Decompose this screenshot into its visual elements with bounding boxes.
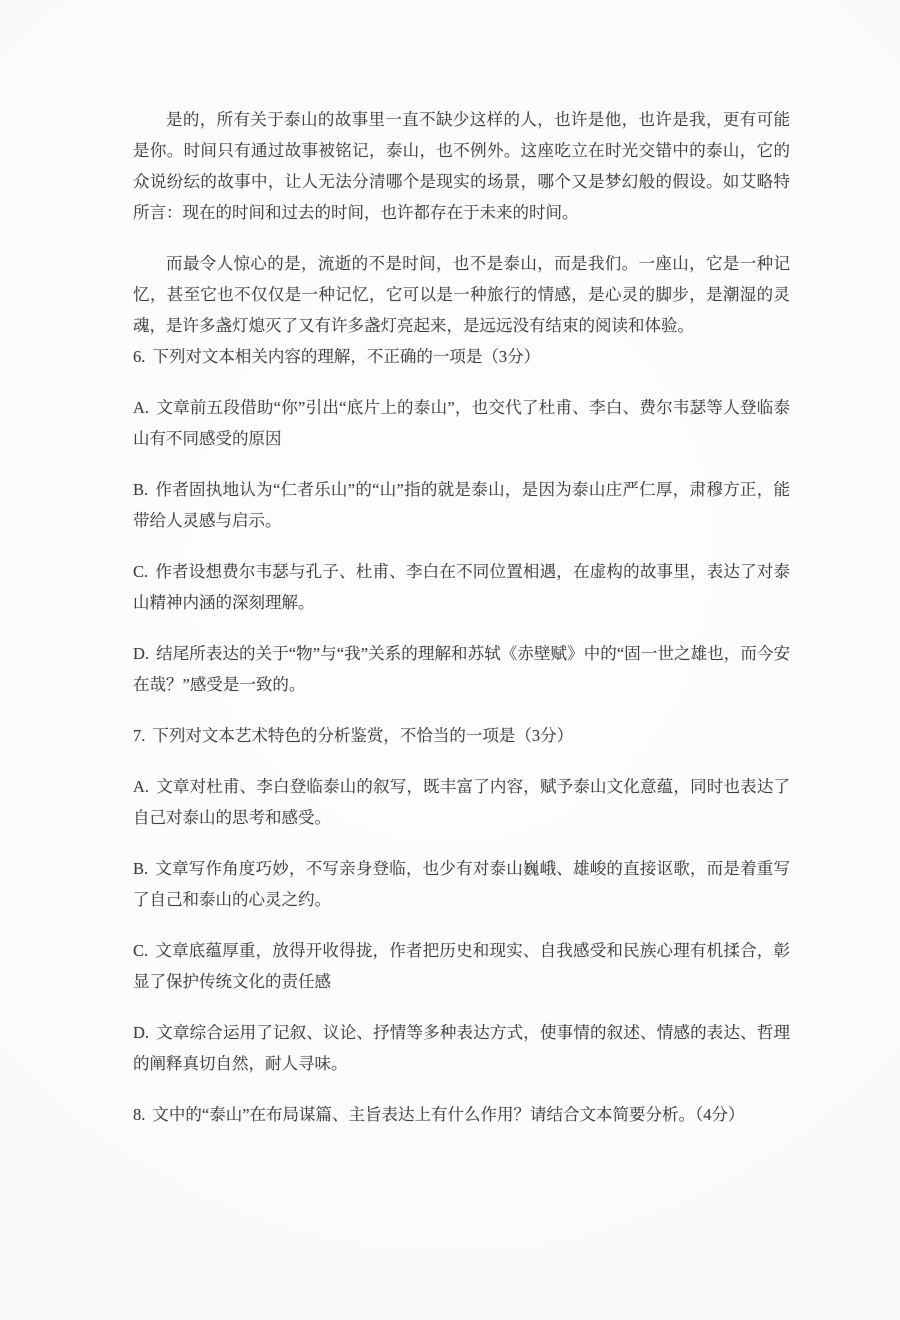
option-label: D.: [133, 1023, 149, 1042]
paragraph: 而最令人惊心的是，流逝的不是时间，也不是泰山，而是我们。一座山，它是一种记忆，甚…: [133, 248, 790, 341]
option-text: 文章写作角度巧妙，不写亲身登临，也少有对泰山巍峨、雄峻的直接讴歌，而是着重写了自…: [133, 859, 790, 909]
option-label: D.: [133, 644, 149, 663]
paragraph: 是的，所有关于泰山的故事里一直不缺少这样的人，也许是他，也许是我，更有可能是你。…: [133, 104, 790, 228]
question-number: 6.: [133, 347, 145, 366]
option-text: 文章前五段借助“你”引出“底片上的泰山”，也交代了杜甫、李白、费尔韦瑟等人登临泰…: [133, 398, 790, 448]
intro-paragraphs: 是的，所有关于泰山的故事里一直不缺少这样的人，也许是他，也许是我，更有可能是你。…: [133, 104, 790, 341]
document-content: 是的，所有关于泰山的故事里一直不缺少这样的人，也许是他，也许是我，更有可能是你。…: [133, 104, 790, 1130]
question-stem-text: 下列对文本艺术特色的分析鉴赏，不恰当的一项是（3分）: [152, 726, 573, 745]
option-text: 作者设想费尔韦瑟与孔子、杜甫、李白在不同位置相遇，在虚构的故事里，表达了对泰山精…: [133, 562, 790, 612]
question-stem: 7.下列对文本艺术特色的分析鉴赏，不恰当的一项是（3分）: [133, 720, 790, 751]
answer-option: C.作者设想费尔韦瑟与孔子、杜甫、李白在不同位置相遇，在虚构的故事里，表达了对泰…: [133, 556, 790, 618]
option-label: C.: [133, 562, 148, 581]
answer-option: D.文章综合运用了记叙、议论、抒情等多种表达方式，使事情的叙述、情感的表达、哲理…: [133, 1017, 790, 1079]
option-label: A.: [133, 777, 149, 796]
option-text: 作者固执地认为“仁者乐山”的“山”指的就是泰山，是因为泰山庄严仁厚，肃穆方正，能…: [133, 480, 790, 530]
answer-option: B.文章写作角度巧妙，不写亲身登临，也少有对泰山巍峨、雄峻的直接讴歌，而是着重写…: [133, 853, 790, 915]
option-text: 文章底蕴厚重，放得开收得拢，作者把历史和现实、自我感受和民族心理有机揉合，彰显了…: [133, 941, 790, 991]
answer-option: A.文章前五段借助“你”引出“底片上的泰山”，也交代了杜甫、李白、费尔韦瑟等人登…: [133, 392, 790, 454]
question-stem-text: 文中的“泰山”在布局谋篇、主旨表达上有什么作用？请结合文本简要分析。（4分）: [152, 1105, 744, 1124]
option-text: 结尾所表达的关于“物”与“我”关系的理解和苏轼《赤壁赋》中的“固一世之雄也，而今…: [133, 644, 790, 694]
option-label: B.: [133, 480, 148, 499]
question-number: 7.: [133, 726, 145, 745]
option-text: 文章综合运用了记叙、议论、抒情等多种表达方式，使事情的叙述、情感的表达、哲理的阐…: [133, 1023, 790, 1073]
answer-option: D.结尾所表达的关于“物”与“我”关系的理解和苏轼《赤壁赋》中的“固一世之雄也，…: [133, 638, 790, 700]
question-stem-text: 下列对文本相关内容的理解，不正确的一项是（3分）: [152, 347, 540, 366]
option-text: 文章对杜甫、李白登临泰山的叙写，既丰富了内容，赋予泰山文化意蕴，同时也表达了自己…: [133, 777, 790, 827]
question-list: 6.下列对文本相关内容的理解，不正确的一项是（3分） A.文章前五段借助“你”引…: [133, 341, 790, 1130]
question-number: 8.: [133, 1105, 145, 1124]
option-label: A.: [133, 398, 149, 417]
answer-option: C.文章底蕴厚重，放得开收得拢，作者把历史和现实、自我感受和民族心理有机揉合，彰…: [133, 935, 790, 997]
question-stem: 8.文中的“泰山”在布局谋篇、主旨表达上有什么作用？请结合文本简要分析。（4分）: [133, 1099, 790, 1130]
answer-option: A.文章对杜甫、李白登临泰山的叙写，既丰富了内容，赋予泰山文化意蕴，同时也表达了…: [133, 771, 790, 833]
question-stem: 6.下列对文本相关内容的理解，不正确的一项是（3分）: [133, 341, 790, 372]
answer-option: B.作者固执地认为“仁者乐山”的“山”指的就是泰山，是因为泰山庄严仁厚，肃穆方正…: [133, 474, 790, 536]
document-page: 是的，所有关于泰山的故事里一直不缺少这样的人，也许是他，也许是我，更有可能是你。…: [0, 0, 900, 1320]
option-label: C.: [133, 941, 148, 960]
option-label: B.: [133, 859, 148, 878]
